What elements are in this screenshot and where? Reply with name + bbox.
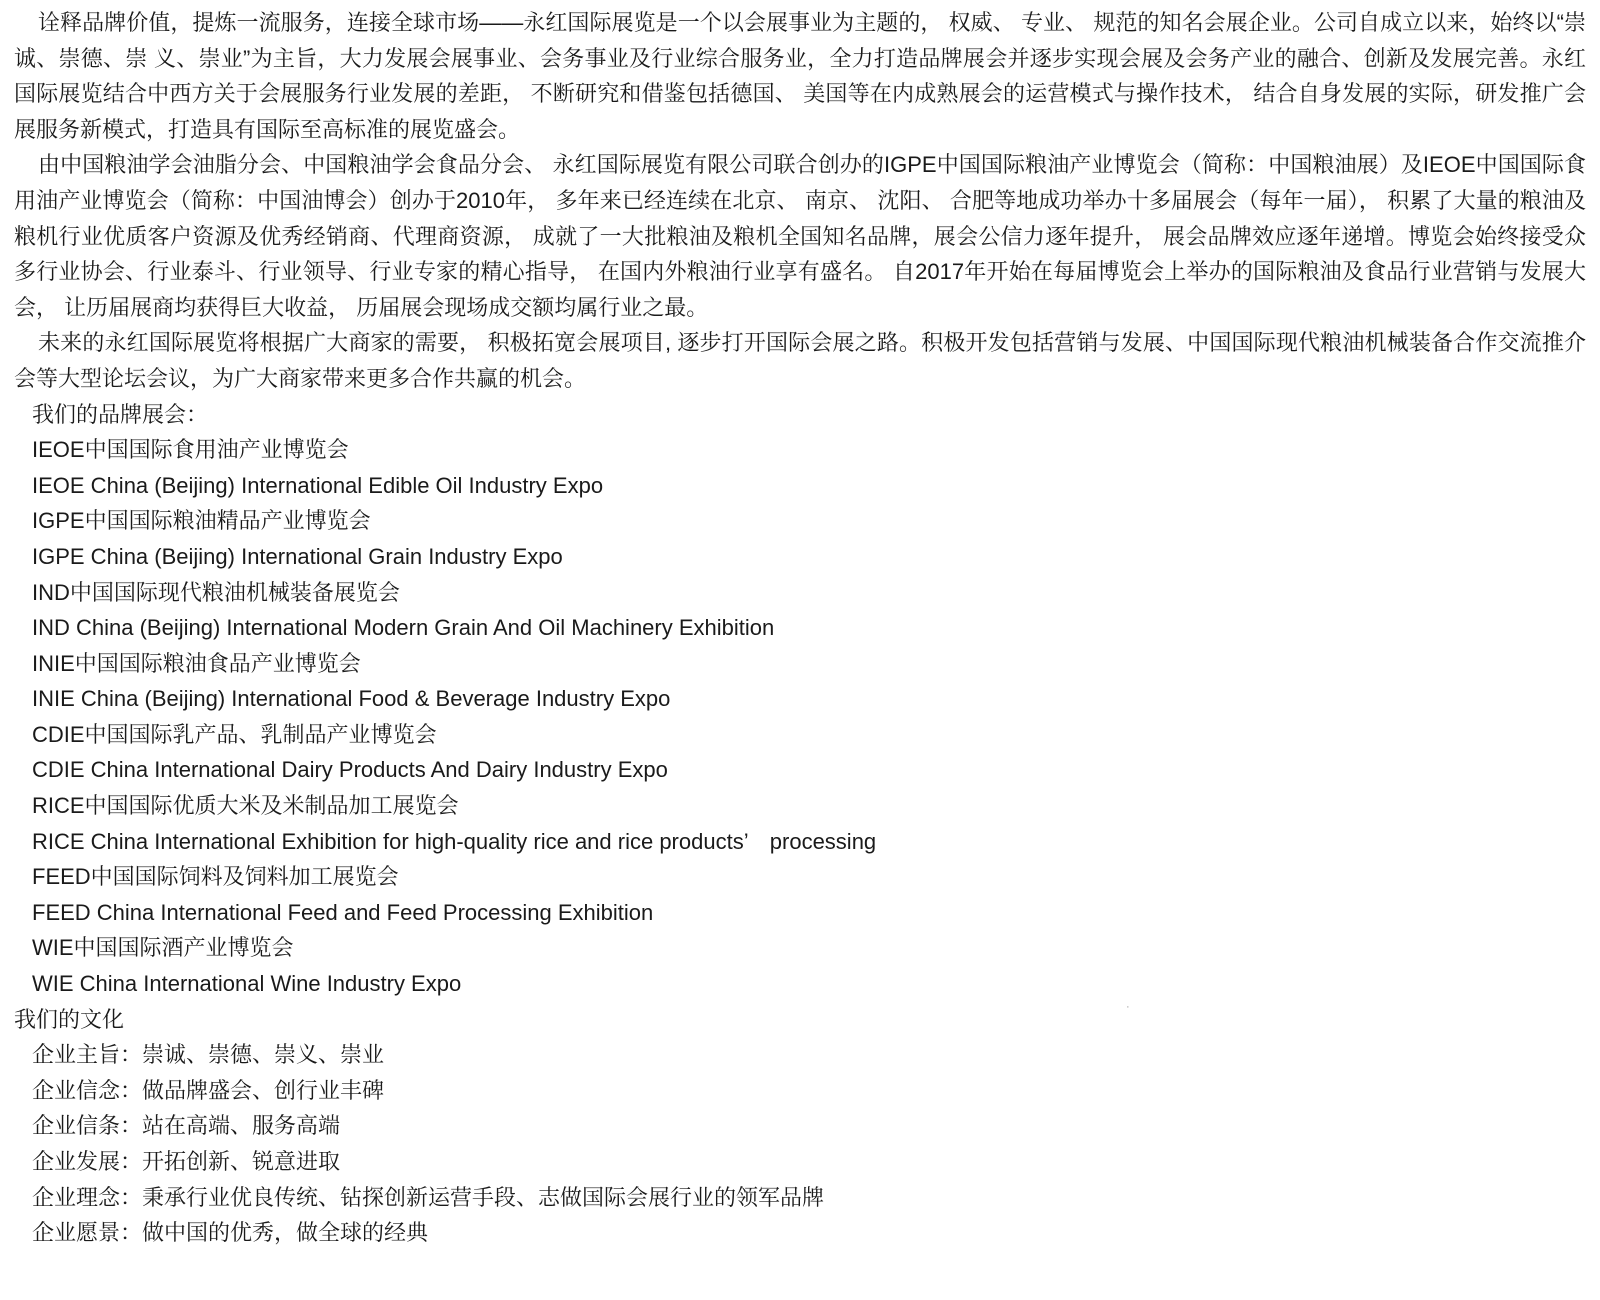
culture-item-development: 企业发展：开拓创新、锐意进取 <box>14 1144 1586 1180</box>
brand-expo-item-inie-cn: INIE中国国际粮油食品产业博览会 <box>14 646 1586 682</box>
brand-expo-item-cdie-en: CDIE China International Dairy Products … <box>14 752 1586 788</box>
brand-expo-item-ind-en: IND China (Beijing) International Modern… <box>14 610 1586 646</box>
brand-expo-item-igpe-en: IGPE China (Beijing) International Grain… <box>14 539 1586 575</box>
brand-expo-item-cdie-cn: CDIE中国国际乳产品、乳制品产业博览会 <box>14 717 1586 753</box>
brand-expo-item-wie-cn: WIE中国国际酒产业博览会 <box>14 930 1586 966</box>
brand-expo-item-wie-en: WIE China International Wine Industry Ex… <box>14 966 1586 1002</box>
brand-expo-item-inie-en: INIE China (Beijing) International Food … <box>14 681 1586 717</box>
brand-expo-item-ind-cn: IND中国国际现代粮油机械装备展览会 <box>14 575 1586 611</box>
brand-expo-item-igpe-cn: IGPE中国国际粮油精品产业博览会 <box>14 503 1586 539</box>
future-plans-paragraph: 未来的永红国际展览将根据广大商家的需要， 积极拓宽会展项目, 逐步打开国际会展之… <box>14 325 1586 396</box>
brand-expo-item-ieoe-cn: IEOE中国国际食用油产业博览会 <box>14 432 1586 468</box>
culture-item-creed: 企业信条：站在高端、服务高端 <box>14 1108 1586 1144</box>
brand-expo-item-feed-cn: FEED中国国际饲料及饲料加工展览会 <box>14 859 1586 895</box>
intro-paragraph: 诠释品牌价值，提炼一流服务，连接全球市场——永红国际展览是一个以会展事业为主题的… <box>14 5 1586 147</box>
brand-expo-item-rice-cn: RICE中国国际优质大米及米制品加工展览会 <box>14 788 1586 824</box>
brand-expo-item-rice-en: RICE China International Exhibition for … <box>14 824 1586 860</box>
culture-item-purpose: 企业主旨：崇诚、崇德、崇义、崇业 <box>14 1037 1586 1073</box>
company-profile-document: 诠释品牌价值，提炼一流服务，连接全球市场——永红国际展览是一个以会展事业为主题的… <box>0 0 1600 1251</box>
culture-item-vision: 企业愿景：做中国的优秀，做全球的经典 <box>14 1215 1586 1251</box>
brand-expo-item-ieoe-en: IEOE China (Beijing) International Edibl… <box>14 468 1586 504</box>
brand-expo-item-feed-en: FEED China International Feed and Feed P… <box>14 895 1586 931</box>
stray-dot: · <box>1126 1002 1130 1013</box>
culture-heading: 我们的文化 <box>14 1002 1586 1038</box>
expo-history-paragraph: 由中国粮油学会油脂分会、中国粮油学会食品分会、 永红国际展览有限公司联合创办的I… <box>14 147 1586 325</box>
culture-item-belief: 企业信念：做品牌盛会、创行业丰碑 <box>14 1073 1586 1109</box>
culture-item-philosophy: 企业理念：秉承行业优良传统、钻探创新运营手段、志做国际会展行业的领军品牌 <box>14 1180 1586 1216</box>
brand-expos-heading: 我们的品牌展会： <box>14 397 1586 433</box>
